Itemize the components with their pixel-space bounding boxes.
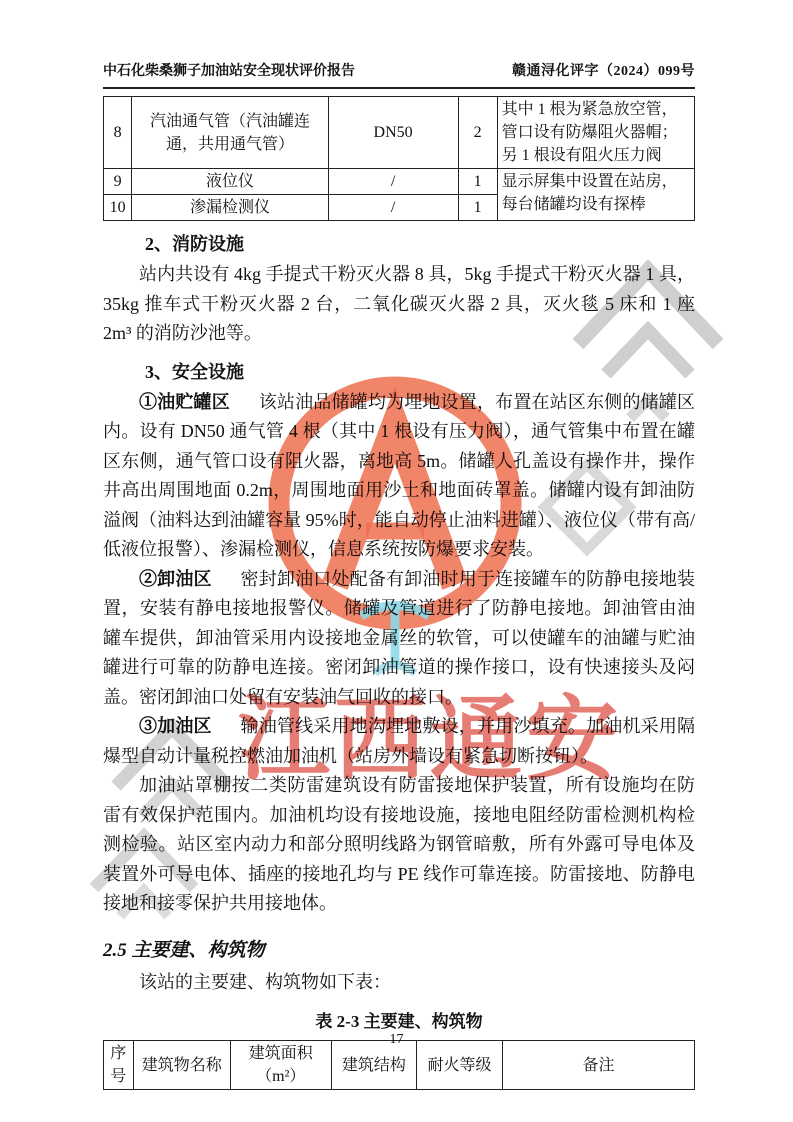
cell-name: 汽油通气管（汽油罐连通，共用通气管） (132, 97, 328, 169)
cell-no: 10 (104, 195, 132, 221)
heading-fire-facilities: 2、消防设施 (103, 230, 695, 256)
cell-qty: 2 (458, 97, 497, 169)
cell-note-merged: 显示屏集中设置在站房，每台储罐均设有探棒 (497, 169, 694, 221)
cell-spec: / (328, 169, 458, 195)
cell-name: 液位仪 (132, 169, 328, 195)
paragraph-refueling-zone: ③加油区输油管线采用地沟埋地敷设，并用沙填充。加油机采用隔爆型自动计量税控燃油加… (103, 712, 695, 771)
table-row: 8 汽油通气管（汽油罐连通，共用通气管） DN50 2 其中 1 根为紧急放空管… (104, 97, 695, 169)
cell-no: 8 (104, 97, 132, 169)
paragraph-section-2-5-intro: 该站的主要建、构筑物如下表： (103, 968, 695, 998)
document-number: 赣通浔化评字（2024）099号 (512, 60, 695, 80)
page-number: 17 (0, 1032, 793, 1048)
cell-note: 其中 1 根为紧急放空管，管口设有防爆阻火器帽；另 1 根设有阻火压力阀 (497, 97, 694, 169)
cell-spec: / (328, 195, 458, 221)
document-page: 中石化柴桑狮子加油站安全现状评价报告 赣通浔化评字（2024）099号 8 汽油… (0, 0, 793, 1122)
paragraph-fire: 站内共设有 4kg 手提式干粉灭火器 8 具，5kg 手提式干粉灭火器 1 具，… (103, 260, 695, 349)
heading-safety-facilities: 3、安全设施 (103, 358, 695, 384)
heading-section-2-5: 2.5 主要建、构筑物 (103, 935, 695, 962)
cell-spec: DN50 (328, 97, 458, 169)
table-row: 9 液位仪 / 1 显示屏集中设置在站房，每台储罐均设有探棒 (104, 169, 695, 195)
page-header: 中石化柴桑狮子加油站安全现状评价报告 赣通浔化评字（2024）099号 (103, 60, 695, 89)
paragraph-lightning-protection: 加油站罩棚按二类防雷建筑设有防雷接地保护装置，所有设施均在防雷有效保护范围内。加… (103, 771, 695, 919)
cell-no: 9 (104, 169, 132, 195)
zone3-label: ③加油区 (139, 716, 212, 736)
zone1-text: 该站油品储罐均为埋地设置，布置在站区东侧的储罐区内。设有 DN50 通气管 4 … (103, 392, 695, 560)
paragraph-unloading-zone: ②卸油区密封卸油口处配备有卸油时用于连接罐车的防静电接地装置，安装有静电接地报警… (103, 565, 695, 713)
cell-qty: 1 (458, 195, 497, 221)
report-title: 中石化柴桑狮子加油站安全现状评价报告 (103, 60, 355, 80)
zone1-label: ①油贮罐区 (139, 392, 230, 412)
paragraph-tank-zone: ①油贮罐区该站油品储罐均为埋地设置，布置在站区东侧的储罐区内。设有 DN50 通… (103, 388, 695, 565)
equipment-table: 8 汽油通气管（汽油罐连通，共用通气管） DN50 2 其中 1 根为紧急放空管… (103, 96, 695, 221)
cell-qty: 1 (458, 169, 497, 195)
zone2-text: 密封卸油口处配备有卸油时用于连接罐车的防静电接地装置，安装有静电接地报警仪。储罐… (103, 569, 695, 707)
table-2-3-caption: 表 2-3 主要建、构筑物 (103, 1007, 695, 1032)
zone2-label: ②卸油区 (139, 569, 212, 589)
cell-name: 渗漏检测仪 (132, 195, 328, 221)
